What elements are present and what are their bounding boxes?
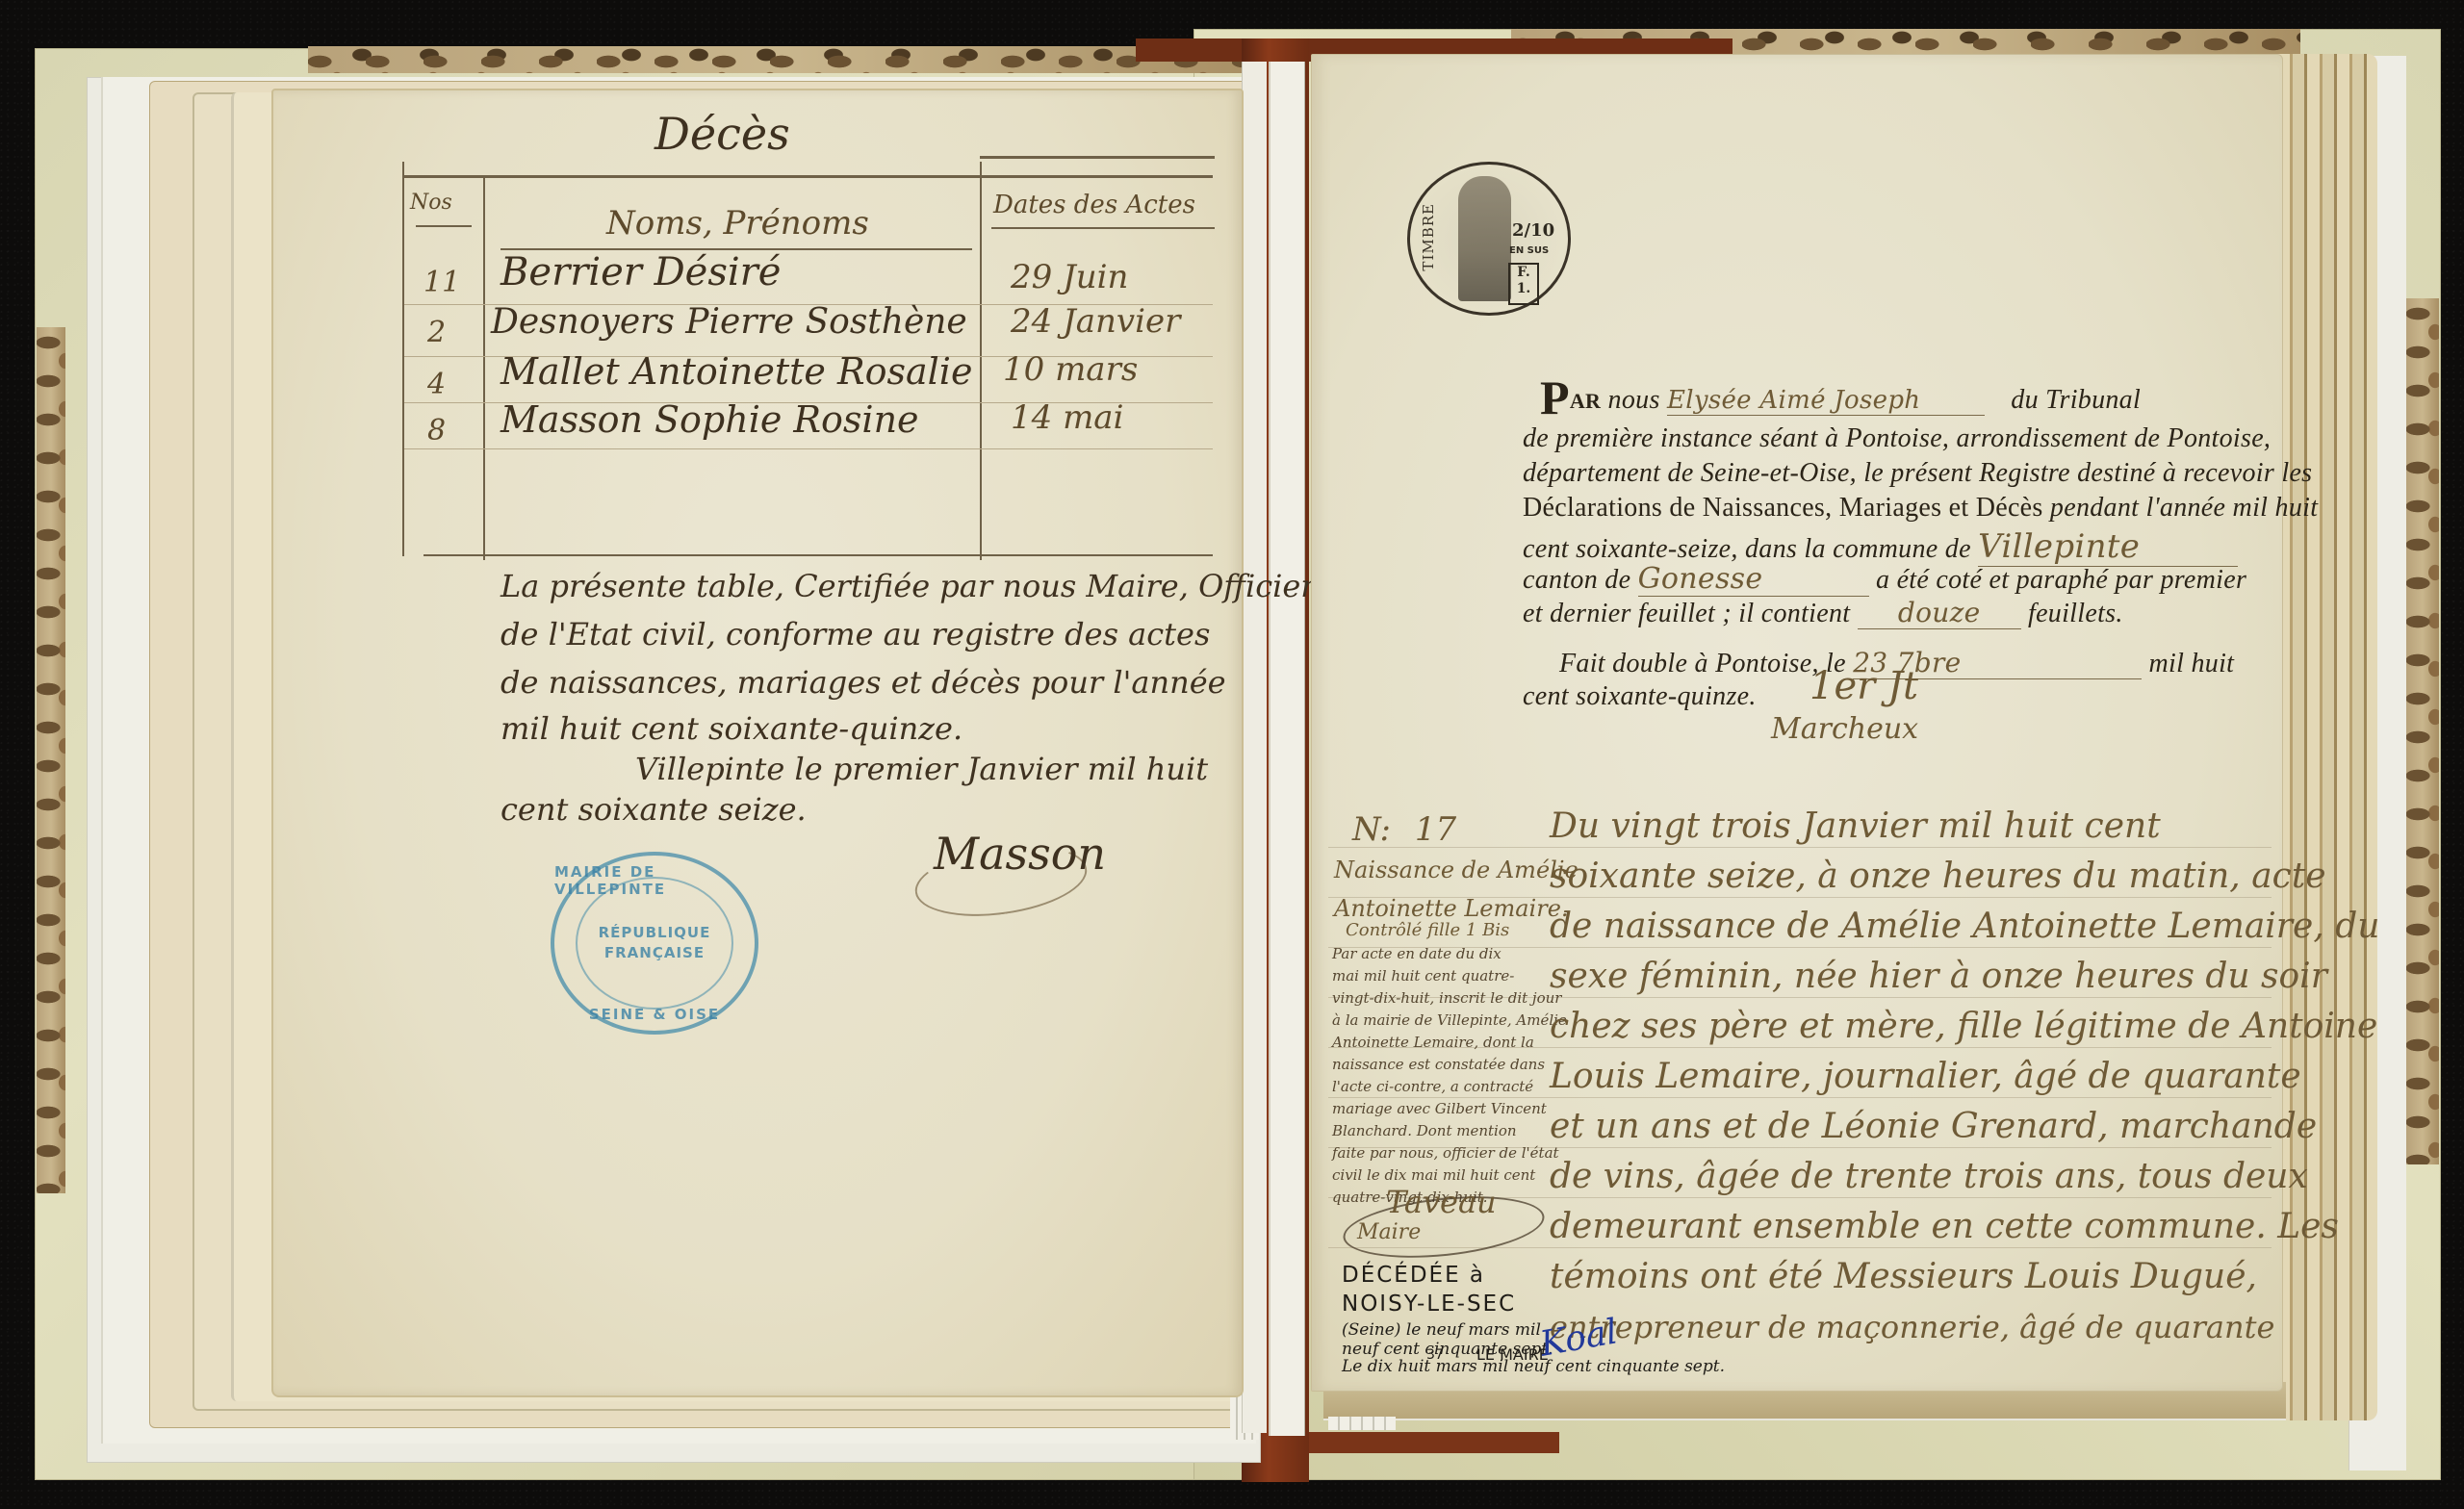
table-column-divider [483, 175, 485, 560]
margin-note-line: mariage avec Gilbert Vincent [1332, 1098, 1547, 1121]
margin-note-line: Antoinette Lemaire, dont la [1332, 1032, 1534, 1055]
row-name: Mallet Antoinette Rosalie [500, 350, 972, 393]
stamp-ring-text: SEINE & OISE [589, 1006, 720, 1023]
marbled-board-right-edge [2406, 298, 2439, 1164]
row-date: 29 Juin [1011, 258, 1128, 296]
drop-cap: P [1540, 371, 1570, 424]
row-number: 4 [427, 368, 446, 401]
text: du Tribunal [2011, 385, 2141, 415]
death-note-line: NOISY-LE-SEC [1342, 1292, 1516, 1317]
margin-signature-title: Maire [1357, 1220, 1421, 1244]
stamp-fraction: 2/10 [1512, 222, 1554, 240]
text: et dernier feuillet ; il contient [1523, 599, 1850, 628]
text: cent soixante-seize, dans la commune de [1523, 534, 1971, 564]
text: pendant l'année mil huit [2050, 493, 2318, 523]
judge-signature: 1er Jt [1809, 664, 1918, 708]
canton-field: Gonesse [1638, 562, 1869, 597]
death-note-line: (Seine) le neuf mars mil [1342, 1320, 1541, 1340]
place-date-line: cent soixante seize. [500, 791, 807, 828]
act-body-line: de naissance de Amélie Antoinette Lemair… [1550, 907, 2379, 946]
act-number-label: N: [1352, 810, 1391, 849]
row-name: Masson Sophie Rosine [500, 398, 919, 441]
act-body-line: demeurant ensemble en cette commune. Les [1550, 1207, 2339, 1246]
death-note-line: DÉCÉDÉE à [1342, 1263, 1485, 1288]
row-number: 8 [427, 414, 446, 448]
preamble-line-5: cent soixante-seize, dans la commune de … [1523, 527, 2238, 567]
row-rule [404, 448, 1213, 449]
stamp-unit: F. [1510, 265, 1537, 281]
signatory-title: LE MAIRE [1476, 1345, 1549, 1364]
act-number: N: 17 [1352, 810, 1456, 849]
margin-note-line: naissance est constatée dans [1332, 1054, 1545, 1077]
preamble-line-7: et dernier feuillet ; il contient douze … [1523, 597, 2123, 629]
act-number-value: 17 [1415, 810, 1456, 849]
marbled-board-top-left [308, 46, 1261, 73]
act-body-line: Louis Lemaire, journalier, âgé de quaran… [1550, 1057, 2301, 1096]
page-title-deces: Décès [654, 108, 790, 160]
margin-note-line: vingt-dix-huit, inscrit le dit jour [1332, 987, 1561, 1010]
text: mil huit [2149, 649, 2235, 678]
page-edges [1328, 1417, 1396, 1430]
act-body-line: sexe féminin, née hier à onze heures du … [1550, 957, 2327, 996]
preamble-line-9: cent soixante-quinze. [1523, 681, 1757, 712]
text: Déclarations de Naissances, Mariages et … [1523, 493, 2043, 523]
stamp-en-sus: EN SUS [1509, 245, 1549, 256]
text: canton de [1523, 565, 1630, 595]
header-names: Noms, Prénoms [606, 204, 869, 243]
margin-title: Naissance de Amélie [1334, 857, 1578, 883]
stamp-label: TIMBRE [1420, 203, 1437, 271]
row-date: 14 mai [1011, 398, 1123, 437]
act-body-line: et un ans et de Léonie Grenard, marchand… [1550, 1107, 2317, 1146]
header-number: Nos [410, 191, 452, 215]
margin-note-line: mai mil huit cent quatre- [1332, 965, 1514, 988]
judge-signature: Marcheux [1771, 712, 1918, 746]
act-body-line: témoins ont été Messieurs Louis Dugué, [1550, 1257, 2257, 1296]
margin-signature: Taveau [1386, 1184, 1497, 1220]
deaths-index-table: Nos Noms, Prénoms Dates des Actes 11 Ber… [402, 162, 1211, 556]
margin-note-line: faite par nous, officier de l'état [1332, 1142, 1559, 1165]
row-date: 10 mars [1003, 350, 1138, 389]
text: feuillets. [2028, 599, 2123, 628]
small-caps: AR [1570, 389, 1601, 413]
gutter-leaf [1242, 62, 1267, 1433]
text: nous [1608, 385, 1660, 415]
justice-figure-icon [1458, 176, 1511, 301]
certification-line: La présente table, Certifiée par nous Ma… [500, 568, 1316, 604]
header-underline [991, 227, 1215, 229]
margin-note-line: Blanchard. Dont mention [1332, 1120, 1517, 1143]
table-bottom-rule [423, 554, 1213, 556]
act-body-line: Du vingt trois Janvier mil huit cent [1550, 806, 2161, 846]
preamble-line-2: de première instance séant à Pontoise, a… [1523, 423, 2271, 454]
row-name: Berrier Désiré [500, 250, 781, 294]
marbled-board-left-edge [37, 327, 65, 1193]
stamp-value-box: F. 1. [1508, 263, 1539, 305]
row-number: 2 [427, 316, 446, 349]
act-body-line: entrepreneur de maçonnerie, âgé de quara… [1550, 1309, 2274, 1345]
margin-note-line: Par acte en date du dix [1332, 943, 1501, 966]
mairie-ink-stamp: MAIRIE DE VILLEPINTE RÉPUBLIQUE FRANÇAIS… [551, 852, 758, 1035]
row-number: 11 [423, 266, 460, 299]
preamble-line-1: PAR nous Elysée Aimé Joseph du Tribunal [1540, 370, 2141, 425]
row-name: Desnoyers Pierre Sosthène [491, 302, 967, 342]
judge-name-field: Elysée Aimé Joseph [1667, 386, 1985, 416]
page-number: 37 [1426, 1347, 1444, 1363]
leaf-count-field: douze [1858, 597, 2021, 629]
preamble-line-6: canton de Gonesse a été coté et paraphé … [1523, 562, 2246, 597]
act-body-line: de vins, âgée de trente trois ans, tous … [1550, 1157, 2308, 1196]
act-body-line: chez ses père et mère, fille légitime de… [1550, 1007, 2377, 1046]
commune-field: Villepinte [1978, 527, 2238, 567]
preamble-line-3: département de Seine-et-Oise, le présent… [1523, 458, 2312, 489]
mayor-signature: Masson [934, 828, 1106, 880]
text: Fait double à Pontoise, le [1559, 649, 1846, 678]
gutter-leaf [1269, 62, 1305, 1436]
margin-note-line: à la mairie de Villepinte, Amélie [1332, 1010, 1567, 1033]
margin-note-line: l'acte ci-contre, a contracté [1332, 1076, 1533, 1099]
text: a été coté et paraphé par premier [1876, 565, 2246, 595]
stamp-ring-text: MAIRIE DE VILLEPINTE [554, 863, 755, 898]
header-underline [416, 225, 472, 227]
act-body-line: soixante seize, à onze heures du matin, … [1550, 857, 2326, 896]
certification-line: de naissances, mariages et décès pour l'… [500, 664, 1226, 701]
ruled-line [1328, 847, 2271, 848]
preamble-line-4: Déclarations de Naissances, Mariages et … [1523, 493, 2318, 524]
margin-control-note: Contrôlé fille 1 Bis [1346, 920, 1509, 940]
fiscal-stamp: TIMBRE 2/10 EN SUS F. 1. [1407, 162, 1571, 316]
margin-title: Antoinette Lemaire. [1334, 895, 1569, 922]
header-dates: Dates des Actes [993, 191, 1195, 219]
stamp-value: 1. [1510, 281, 1537, 297]
table-top-rule-dates [980, 156, 1215, 159]
place-date-line: Villepinte le premier Janvier mil huit [635, 751, 1208, 787]
row-date: 24 Janvier [1011, 302, 1180, 341]
table-column-divider [980, 162, 982, 560]
table-top-rule [402, 175, 1213, 178]
certification-line: de l'Etat civil, conforme au registre de… [500, 616, 1210, 652]
certification-line: mil huit cent soixante-quinze. [500, 710, 962, 747]
